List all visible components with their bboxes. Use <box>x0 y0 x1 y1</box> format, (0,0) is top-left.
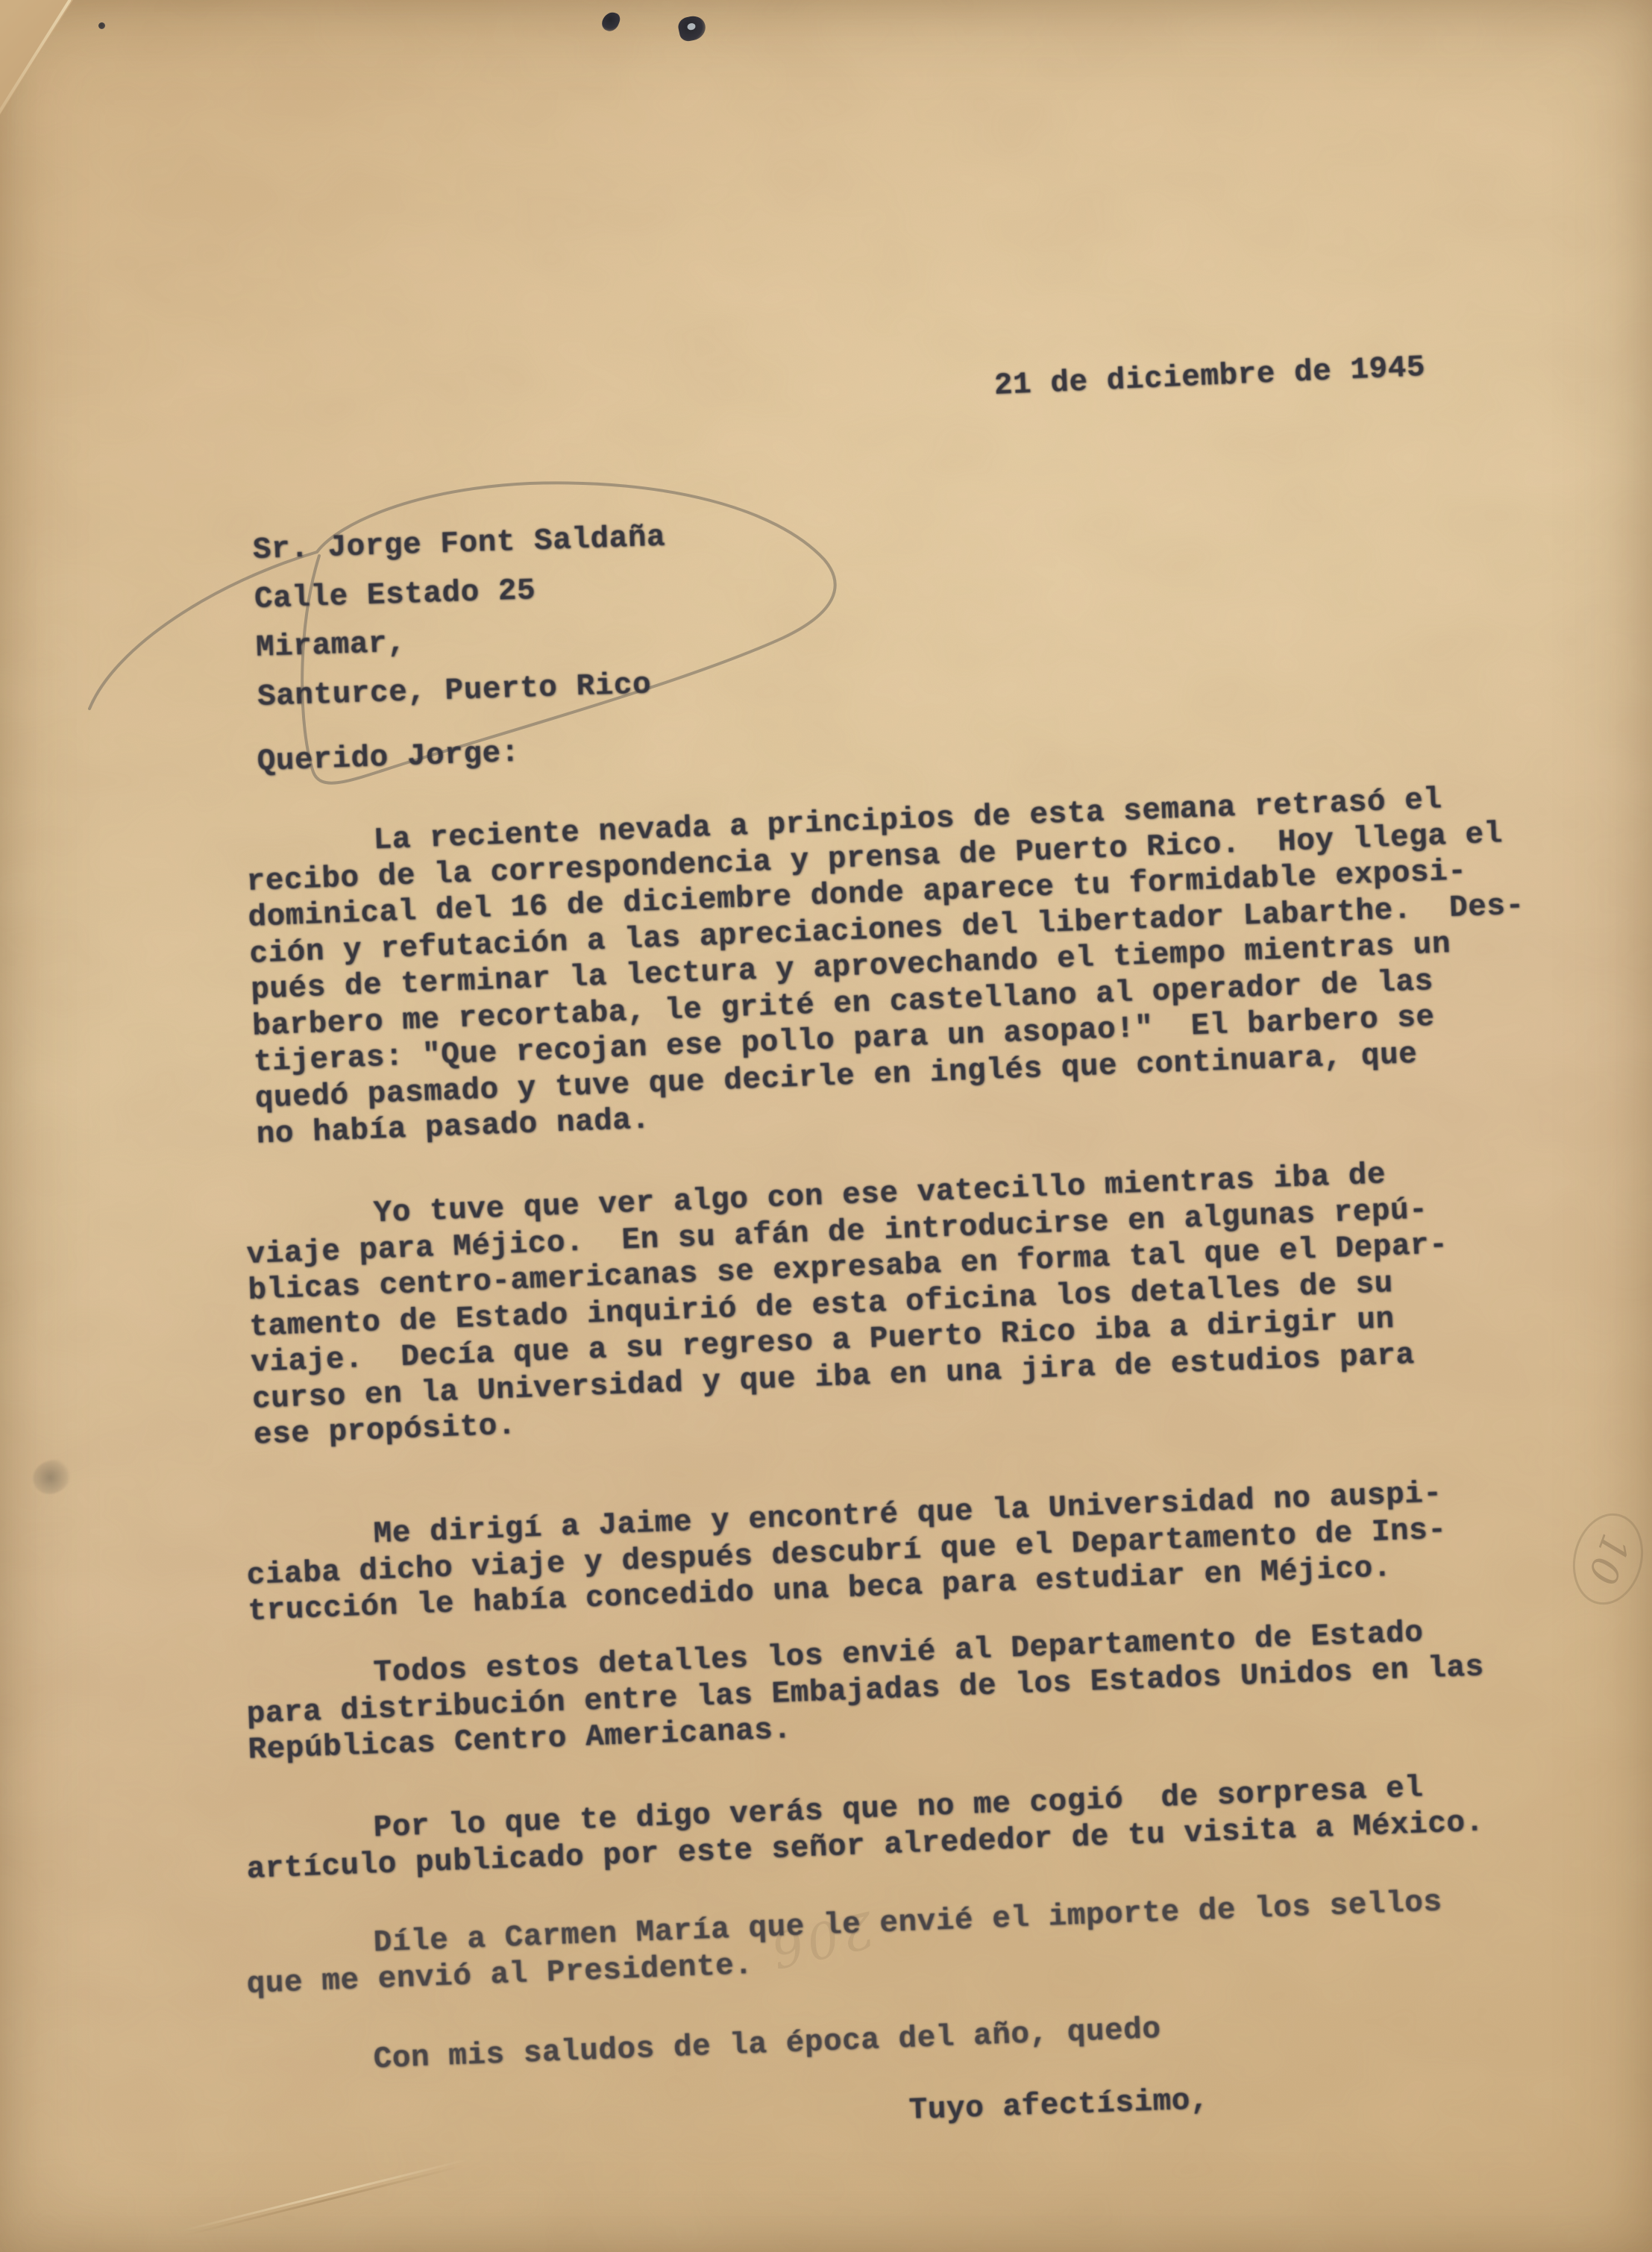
smudge-mark <box>29 1456 75 1498</box>
crease-line-shadow <box>182 2165 465 2237</box>
body-paragraph-5: Por lo que te digo verás que no me cogió… <box>245 1768 1485 1888</box>
ink-blot <box>600 10 622 34</box>
circled-number-mark: 10 <box>1563 1506 1652 1613</box>
body-paragraph-4: Todos estos detalles los envié al Depart… <box>245 1613 1486 1769</box>
page-fold-corner <box>0 0 73 115</box>
recipient-address: Sr. Jorge Font Saldaña Calle Estado 25 M… <box>252 514 670 722</box>
letter-page: 10 206 21 de diciembre de 1945 Sr. Jorge… <box>0 0 1652 2252</box>
body-paragraph-1: La reciente nevada a principios de esta … <box>245 779 1532 1153</box>
closing-line: Tuyo afectísimo, <box>908 2083 1210 2130</box>
ink-blot <box>676 14 708 43</box>
ink-speck <box>98 22 105 29</box>
circled-number-text: 10 <box>1578 1528 1637 1590</box>
body-paragraph-7: Con mis saludos de la época del año, que… <box>245 2012 1161 2083</box>
crease-line <box>179 2158 469 2233</box>
body-paragraph-2: Yo tuve que ver algo con ese vatecillo m… <box>245 1155 1454 1454</box>
body-paragraph-6: Díle a Carmen María que le envié el impo… <box>245 1884 1444 2003</box>
salutation: Querido Jorge: <box>257 735 521 781</box>
letter-date: 21 de diciembre de 1945 <box>993 350 1426 405</box>
body-paragraph-3: Me dirigí a Jaime y encontré que la Univ… <box>245 1475 1448 1630</box>
